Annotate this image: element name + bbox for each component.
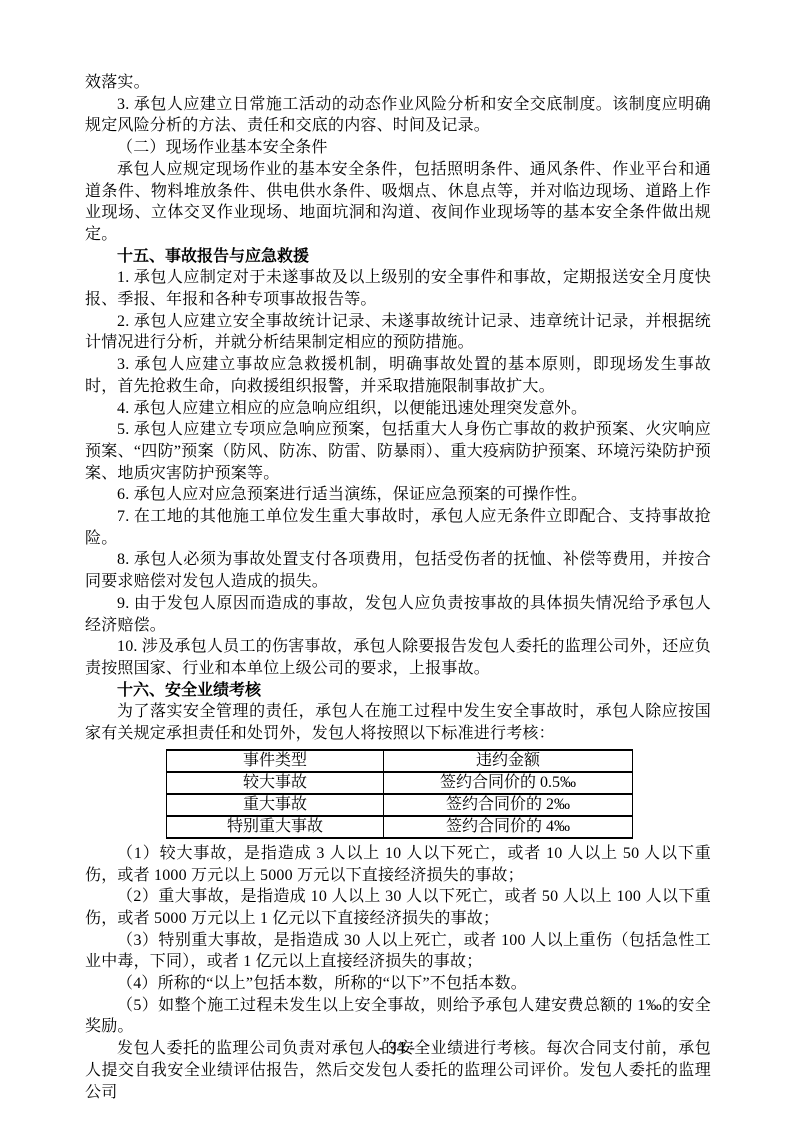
paragraph-continuation: 效落实。: [85, 72, 711, 94]
paragraph-15-6: 6. 承包人应对应急预案进行适当演练，保证应急预案的可操作性。: [85, 484, 711, 506]
table-cell-event-type: 特别重大事故: [167, 816, 384, 838]
table-cell-event-type: 较大事故: [167, 772, 384, 794]
table-cell-penalty-amount: 签约合同价的 0.5‰: [384, 772, 633, 794]
table-row: 重大事故 签约合同价的 2‰: [167, 794, 633, 816]
table-row: 较大事故 签约合同价的 0.5‰: [167, 772, 633, 794]
paragraph-15-10: 10. 涉及承包人员工的伤害事故，承包人除要报告发包人委托的监理公司外，还应负责…: [85, 636, 711, 679]
subsection-heading-site-conditions: （二）现场作业基本安全条件: [85, 137, 711, 159]
paragraph-def-5: （5）如整个施工过程未发生以上安全事故，则给予承包人建安费总额的 1‰的安全奖励…: [85, 995, 711, 1038]
paragraph-15-1: 1. 承包人应制定对于未遂事故及以上级别的安全事件和事故，定期报送安全月度快报、…: [85, 267, 711, 310]
document-content: 效落实。 3. 承包人应建立日常施工活动的动态作业风险分析和安全交底制度。该制度…: [85, 72, 711, 1103]
paragraph-15-9: 9. 由于发包人原因而造成的事故，发包人应负责按事故的具体损失情况给予承包人经济…: [85, 593, 711, 636]
paragraph-def-2: （2）重大事故，是指造成 10 人以上 30 人以下死亡，或者 50 人以上 1…: [85, 886, 711, 929]
paragraph-15-3: 3. 承包人应建立事故应急救援机制，明确事故处置的基本原则，即现场发生事故时，首…: [85, 354, 711, 397]
paragraph-def-1: （1）较大事故，是指造成 3 人以上 10 人以下死亡，或者 10 人以上 50…: [85, 843, 711, 886]
paragraph-15-8: 8. 承包人必须为事故处置支付各项费用，包括受伤者的抚恤、补偿等费用，并按合同要…: [85, 549, 711, 592]
section-heading-15: 十五、事故报告与应急救援: [85, 246, 711, 268]
page-number: - 34 -: [0, 1037, 793, 1059]
table-cell-penalty-amount: 签约合同价的 4‰: [384, 816, 633, 838]
section-heading-16: 十六、安全业绩考核: [85, 680, 711, 702]
table-cell-penalty-amount: 签约合同价的 2‰: [384, 794, 633, 816]
table-row: 特别重大事故 签约合同价的 4‰: [167, 816, 633, 838]
paragraph-15-7: 7. 在工地的其他施工单位发生重大事故时，承包人应无条件立即配合、支持事故抢险。: [85, 506, 711, 549]
paragraph-16-intro: 为了落实安全管理的责任，承包人在施工过程中发生安全事故时，承包人除应按国家有关规…: [85, 701, 711, 744]
paragraph-15-5: 5. 承包人应建立专项应急响应预案，包括重大人身伤亡事故的救护预案、火灾响应预案…: [85, 419, 711, 484]
paragraph-site-conditions: 承包人应规定现场作业的基本安全条件，包括照明条件、通风条件、作业平台和通道条件、…: [85, 159, 711, 246]
penalty-table: 事件类型 违约金额 较大事故 签约合同价的 0.5‰ 重大事故 签约合同价的 2…: [166, 749, 633, 839]
document-page: 效落实。 3. 承包人应建立日常施工活动的动态作业风险分析和安全交底制度。该制度…: [0, 0, 793, 1122]
table-header-penalty-amount: 违约金额: [384, 750, 633, 772]
table-header-event-type: 事件类型: [167, 750, 384, 772]
table-header-row: 事件类型 违约金额: [167, 750, 633, 772]
paragraph-def-3: （3）特别重大事故，是指造成 30 人以上死亡，或者 100 人以上重伤（包括急…: [85, 930, 711, 973]
table-cell-event-type: 重大事故: [167, 794, 384, 816]
paragraph-15-4: 4. 承包人应建立相应的应急响应组织，以便能迅速处理突发意外。: [85, 398, 711, 420]
paragraph-clause-3: 3. 承包人应建立日常施工活动的动态作业风险分析和安全交底制度。该制度应明确规定…: [85, 94, 711, 137]
paragraph-15-2: 2. 承包人应建立安全事故统计记录、未遂事故统计记录、违章统计记录，并根据统计情…: [85, 311, 711, 354]
paragraph-def-4: （4）所称的“以上”包括本数，所称的“以下”不包括本数。: [85, 973, 711, 995]
